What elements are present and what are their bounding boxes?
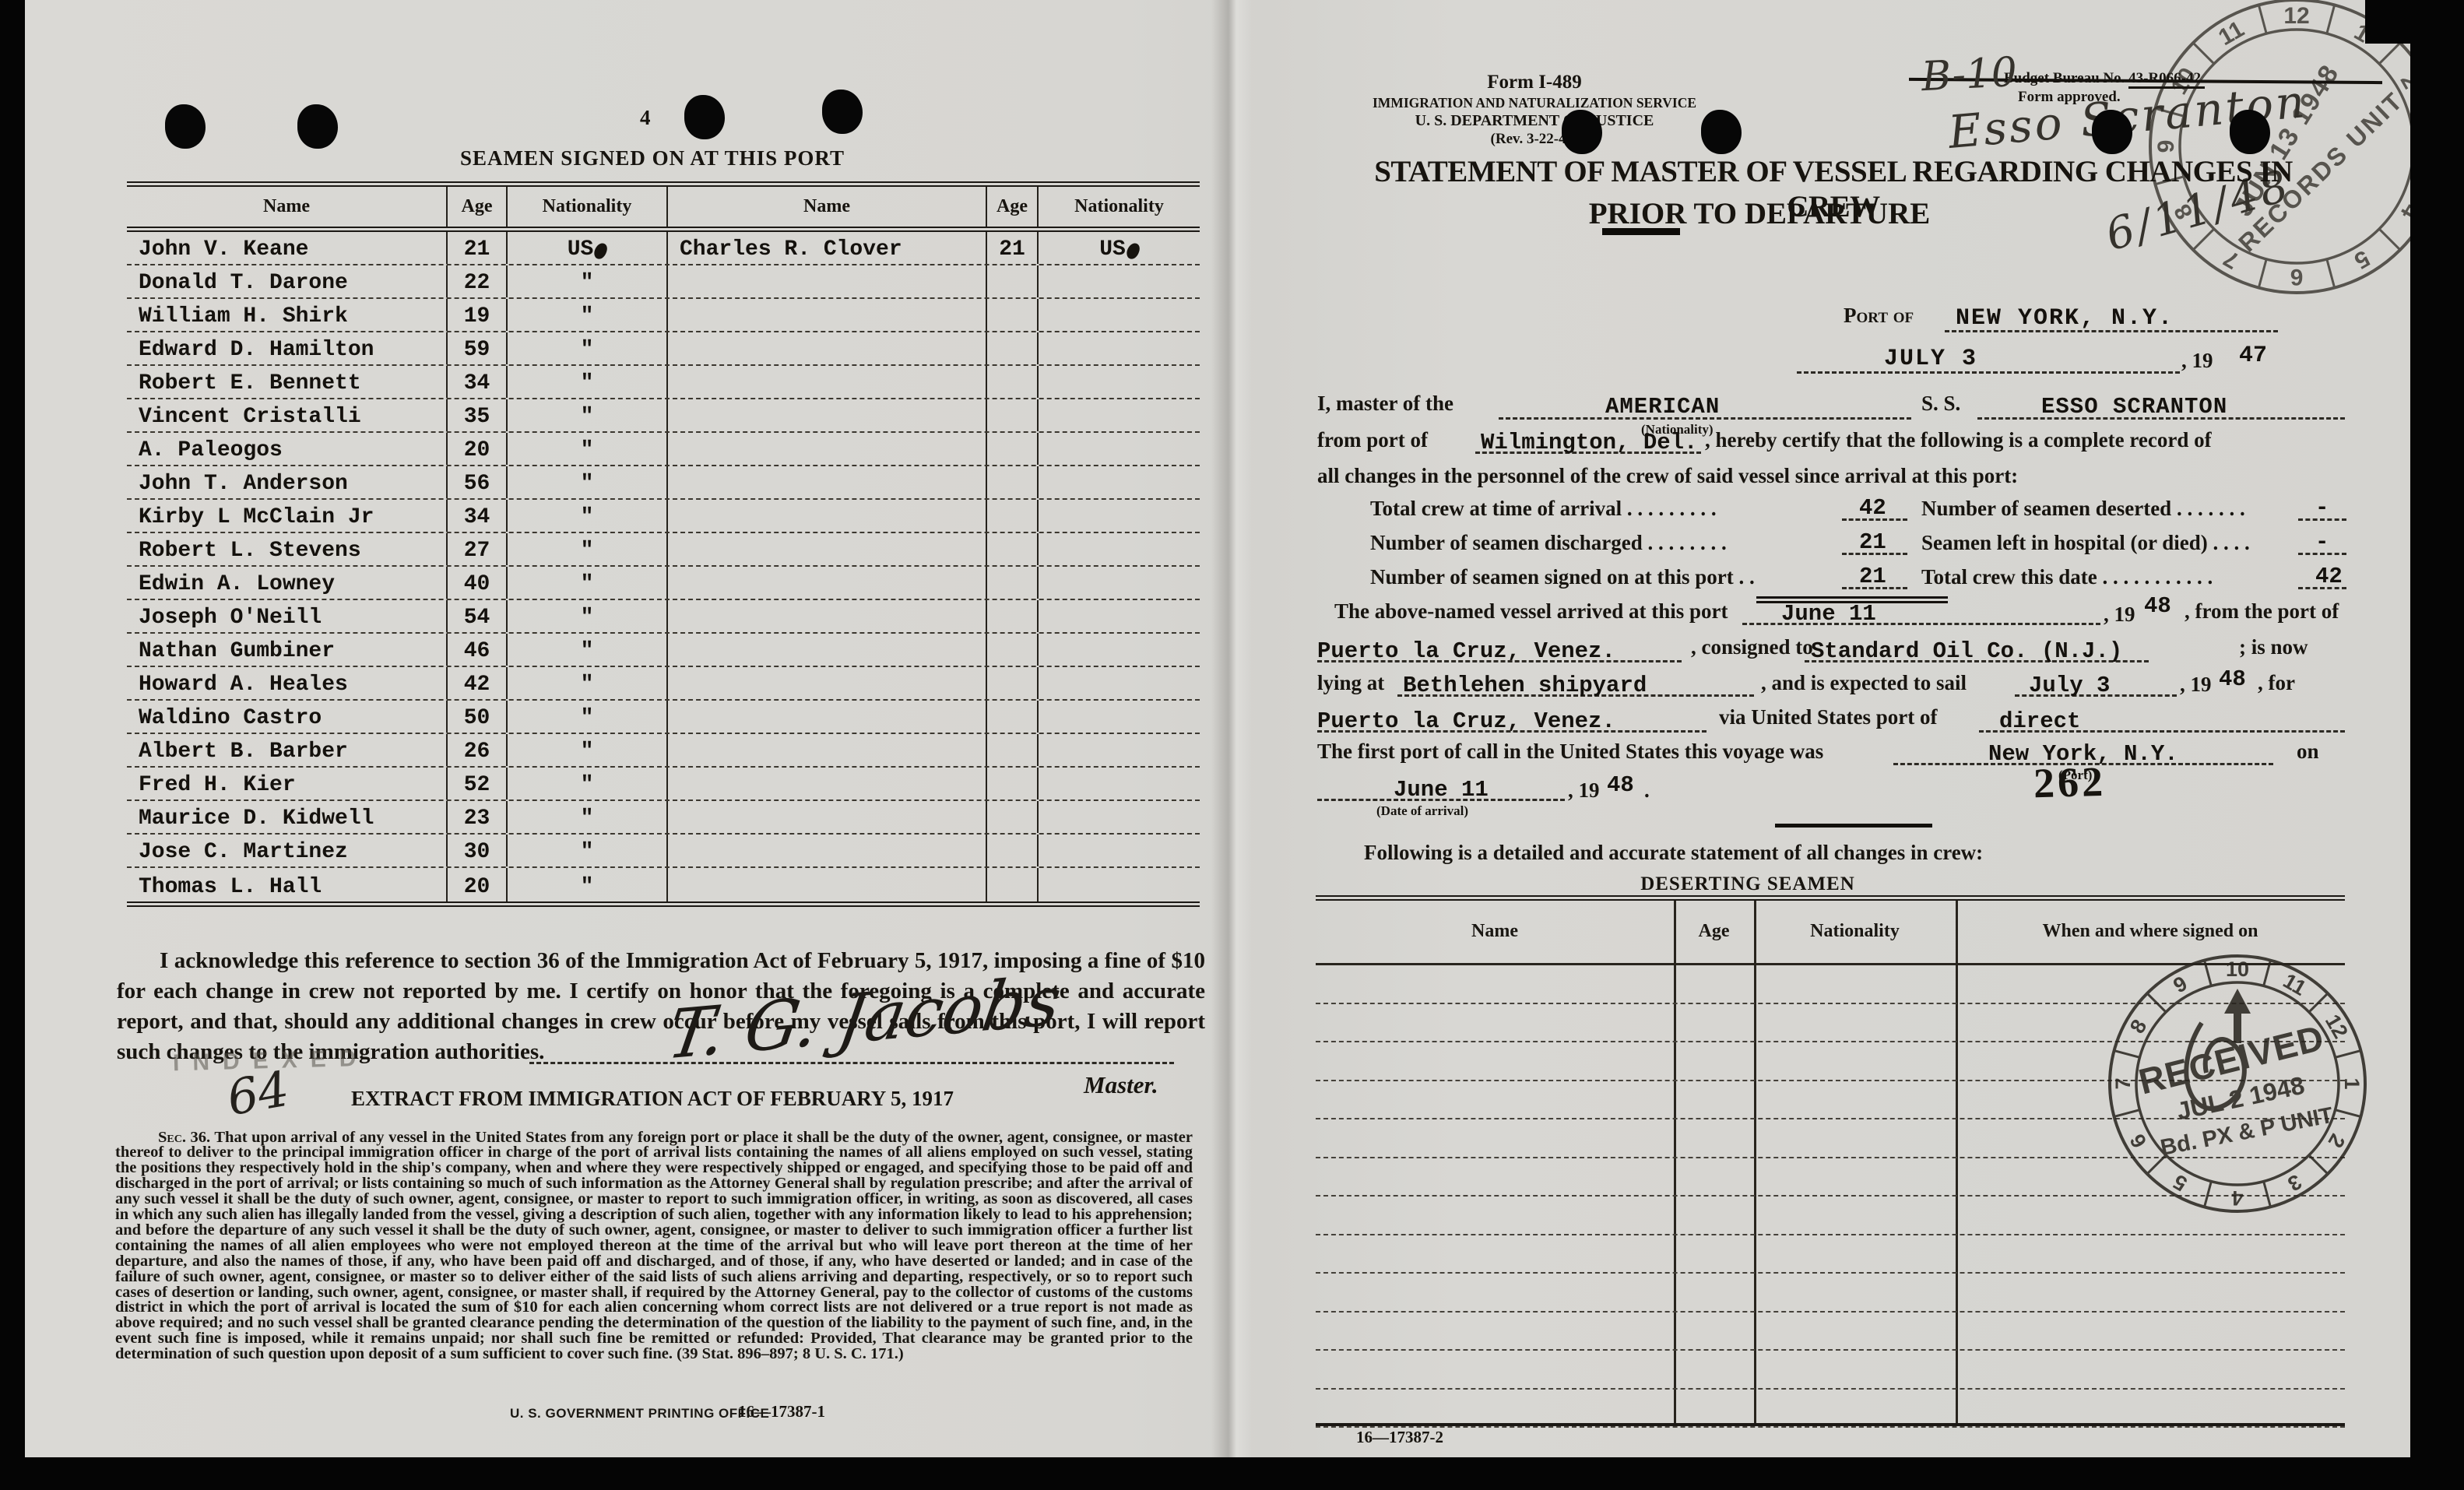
name-cell-text: Robert L. Stevens [139, 540, 361, 565]
arrival-year-value: 48 [2144, 593, 2171, 619]
stamp-dial-number: 5 [2169, 1170, 2191, 1196]
nationality-cell [1039, 701, 1200, 733]
col-header-nationality2: Nationality [1074, 196, 1164, 217]
seamen-row: Robert E. Bennett34" [127, 366, 1200, 399]
seamen-row: Thomas L. Hall20" [127, 868, 1200, 901]
port-of-label: Port of [1844, 304, 1914, 328]
seamen-row: Vincent Cristalli35" [127, 399, 1200, 433]
name-cell: A. Paleogos [127, 433, 448, 465]
age-cell: 35 [448, 399, 508, 431]
following-statement: Following is a detailed and accurate sta… [1364, 841, 1983, 865]
for-word: , for [2258, 671, 2295, 695]
deserting-col-name: Name [1316, 921, 1674, 942]
stat-value: 42 [2315, 564, 2343, 589]
name-cell-text: William H. Shirk [139, 306, 348, 331]
age-cell [987, 567, 1039, 599]
extract-title: EXTRACT FROM IMMIGRATION ACT OF FEBRUARY… [263, 1087, 1042, 1111]
seamen-row: Howard A. Heales42" [127, 667, 1200, 701]
seamen-table: Name Age Nationality Name Age Nationalit… [127, 181, 1200, 907]
name-cell: John V. Keane [127, 232, 448, 264]
scan-edge-left [0, 0, 25, 1490]
stamp-dial-number: 3 [2283, 1170, 2305, 1196]
punch-hole [1562, 110, 1602, 154]
port-value: NEW YORK, N.Y. [1956, 305, 2174, 332]
nationality-cell [1039, 567, 1200, 599]
age-cell-text: 52 [464, 775, 490, 799]
deserting-row [1316, 1235, 2345, 1274]
age-cell-text: 30 [464, 842, 490, 866]
age-cell-text: 20 [464, 440, 490, 465]
age-cell-text: 19 [464, 306, 490, 331]
age-cell [987, 801, 1039, 833]
seamen-row: Fred H. Kier52" [127, 768, 1200, 801]
col-header-age: Age [462, 196, 493, 217]
seamen-table-header: Name Age Nationality Name Age Nationalit… [127, 187, 1200, 232]
stat-label: Number of seamen signed on at this port … [1370, 565, 1755, 589]
nationality-cell: " [508, 567, 668, 599]
name-cell: Howard A. Heales [127, 667, 448, 699]
nationality-cell [1039, 801, 1200, 833]
nationality-cell-text: " [581, 641, 594, 666]
sail-date-value: July 3 [2029, 673, 2110, 698]
form-code-right: 16—17387-2 [1356, 1428, 1443, 1447]
gpo-imprint: U. S. GOVERNMENT PRINTING OFFICE [510, 1406, 769, 1421]
name-cell: Maurice D. Kidwell [127, 801, 448, 833]
stamp-tick [2258, 5, 2266, 33]
nationality-cell [1039, 667, 1200, 699]
deserting-col-nationality: Nationality [1754, 921, 1956, 942]
stamp-dial-number: 6 [2125, 1130, 2151, 1151]
extract-body: That upon arrival of any vessel in the U… [115, 1129, 1193, 1363]
age-cell [987, 701, 1039, 733]
name-cell: Jose C. Martinez [127, 835, 448, 866]
nationality-cell: " [508, 768, 668, 799]
nationality-cell: " [508, 299, 668, 331]
seamen-row: Robert L. Stevens27" [127, 533, 1200, 567]
scanned-document: 4 SEAMEN SIGNED ON AT THIS PORT Name Age… [0, 0, 2464, 1490]
age-cell: 26 [448, 734, 508, 766]
nationality-cell: " [508, 265, 668, 297]
nationality-cell-text: " [581, 440, 594, 465]
name-cell [668, 768, 987, 799]
stamp-dial-number: 9 [2169, 972, 2191, 997]
seamen-row: John V. Keane21USCharles R. Clover21US [127, 232, 1200, 265]
arrival-date2-value: June 11 [1394, 777, 1489, 803]
nationality-cell [1039, 299, 1200, 331]
seamen-row: Joseph O'Neill54" [127, 600, 1200, 634]
stamp-dial-number: 1 [2340, 1077, 2364, 1089]
name-cell [668, 801, 987, 833]
nationality-value: AMERICAN [1605, 394, 1720, 420]
nationality-cell [1039, 835, 1200, 866]
nationality-cell: " [508, 600, 668, 632]
name-cell: Fred H. Kier [127, 768, 448, 799]
age-cell: 30 [448, 835, 508, 866]
destination-blank [1317, 730, 1707, 733]
age-cell [987, 500, 1039, 532]
nationality-cell-text: " [581, 507, 594, 532]
name-cell: Edwin A. Lowney [127, 567, 448, 599]
age-cell-text: 22 [464, 272, 490, 297]
via-label: via United States port of [1719, 705, 1937, 729]
deserting-col-signed-on: When and where signed on [1956, 921, 2345, 942]
header-cell: Nationality [508, 187, 668, 227]
records-unit-stamp: 121234567891011 JUN 13 1948 RECORDS UNIT [2139, 0, 2454, 304]
age-cell: 22 [448, 265, 508, 297]
stamp-tick [2264, 961, 2271, 986]
header-cell: Age [448, 187, 508, 227]
stat-label: Number of seamen deserted . . . . . . . [1921, 497, 2245, 521]
punch-hole [684, 95, 725, 139]
age-cell [987, 366, 1039, 398]
form-title-line2: PRIOR TO DEPARTURE [1347, 196, 2172, 231]
age-cell-text: 54 [464, 607, 490, 632]
master-label: Master. [1084, 1071, 1158, 1099]
arrival-from-blank [1317, 660, 1682, 662]
stat-value: 21 [1859, 529, 1886, 555]
age-cell [987, 835, 1039, 866]
name-cell [668, 734, 987, 766]
nationality-cell: " [508, 366, 668, 398]
age-cell: 34 [448, 366, 508, 398]
nationality-cell [1039, 332, 1200, 364]
arrival-year-prefix: , 19 [2104, 603, 2135, 627]
name-cell [668, 533, 987, 565]
name-cell: Donald T. Darone [127, 265, 448, 297]
nationality-cell [1039, 500, 1200, 532]
deserting-col-age: Age [1674, 921, 1754, 942]
name-cell [668, 399, 987, 431]
name-cell-text: Thomas L. Hall [139, 877, 322, 901]
stamp-dial-number: 8 [2125, 1015, 2151, 1037]
stamp-tick [2114, 1110, 2140, 1117]
age-cell-text: 23 [464, 808, 490, 833]
age-cell [987, 768, 1039, 799]
stat-value: - [2315, 495, 2329, 521]
stat-value: 42 [1859, 495, 1886, 521]
name-cell [668, 701, 987, 733]
ink-blot [592, 241, 609, 261]
consigned-to-label: , consigned to [1691, 635, 1813, 659]
age-cell: 52 [448, 768, 508, 799]
age-cell: 46 [448, 634, 508, 666]
seamen-row: John T. Anderson56" [127, 466, 1200, 500]
nationality-cell: " [508, 835, 668, 866]
stamp-tick [2114, 1051, 2140, 1058]
nationality-cell: US [508, 232, 668, 264]
age-cell [987, 667, 1039, 699]
nationality-cell-text: " [581, 607, 594, 632]
form-number: Form I-489 [1365, 72, 1704, 93]
age-cell: 34 [448, 500, 508, 532]
punch-hole [297, 104, 338, 149]
is-now-text: ; is now [2239, 635, 2308, 659]
col-header-name: Name [263, 196, 310, 217]
nationality-cell [1039, 433, 1200, 465]
deserting-seamen-title: DESERTING SEAMEN [1623, 873, 1872, 895]
agency-line-2: U. S. DEPARTMENT OF JUSTICE [1365, 112, 1704, 130]
punch-hole [1701, 110, 1742, 154]
age-cell [987, 600, 1039, 632]
name-cell: Vincent Cristalli [127, 399, 448, 431]
stamp-dial-number: 2 [2324, 1130, 2350, 1151]
page-number: 4 [640, 106, 651, 130]
age-cell: 21 [987, 232, 1039, 264]
nationality-cell [1039, 600, 1200, 632]
shipyard-value: Bethlehen shipyard [1403, 673, 1647, 698]
handwritten-b10: B-10 [1921, 49, 2019, 100]
deserting-row [1316, 1390, 2345, 1429]
punch-hole [165, 104, 206, 149]
name-cell: John T. Anderson [127, 466, 448, 498]
name-cell: Joseph O'Neill [127, 600, 448, 632]
seamen-row: Kirby L McClain Jr34" [127, 500, 1200, 533]
expected-to-sail-label: , and is expected to sail [1761, 671, 1967, 695]
seamen-row: Nathan Gumbiner46" [127, 634, 1200, 667]
name-cell: Thomas L. Hall [127, 868, 448, 901]
age-cell-text: 26 [464, 741, 490, 766]
seamen-row: Albert B. Barber26" [127, 734, 1200, 768]
header-cell: Nationality [1039, 187, 1200, 227]
name-cell-text: Donald T. Darone [139, 272, 348, 297]
name-cell-text: John T. Anderson [139, 473, 348, 498]
nationality-cell: " [508, 399, 668, 431]
scan-edge-right [2410, 0, 2464, 1490]
age-cell-text: 34 [464, 507, 490, 532]
age-cell-text: 34 [464, 373, 490, 398]
age-cell: 23 [448, 801, 508, 833]
age-cell-text: 35 [464, 406, 490, 431]
name-cell [668, 634, 987, 666]
age-cell-text: 42 [464, 674, 490, 699]
nationality-cell: US [1039, 232, 1200, 264]
nationality-cell-text: " [581, 339, 594, 364]
nationality-cell: " [508, 734, 668, 766]
name-cell [668, 433, 987, 465]
stamp-dial-number: 9 [2153, 140, 2179, 153]
name-cell-text: Maurice D. Kidwell [139, 808, 374, 833]
age-cell [987, 868, 1039, 901]
stamp-tick [2336, 1110, 2361, 1117]
age-cell: 40 [448, 567, 508, 599]
ink-mark-bar [1602, 228, 1680, 235]
seamen-row: Maurice D. Kidwell23" [127, 801, 1200, 835]
seamen-row: Donald T. Darone22" [127, 265, 1200, 299]
nationality-cell: " [508, 500, 668, 532]
age-cell-text: 20 [464, 877, 490, 901]
deserting-row [1316, 1313, 2345, 1351]
via-value: direct [1999, 708, 2080, 734]
arrival-date-value: June 11 [1781, 601, 1876, 627]
stat-label: Number of seamen discharged . . . . . . … [1370, 531, 1727, 555]
age-cell: 56 [448, 466, 508, 498]
nationality-cell: " [508, 667, 668, 699]
seamen-row: A. Paleogos20" [127, 433, 1200, 466]
date-blank [1797, 371, 2180, 374]
name-cell-text: John V. Keane [139, 239, 308, 264]
age-cell [987, 466, 1039, 498]
name-cell [668, 868, 987, 901]
age-cell: 59 [448, 332, 508, 364]
nationality-cell: " [508, 433, 668, 465]
page-fold-shadow [1211, 0, 1252, 1457]
nationality-cell-text: " [581, 877, 594, 901]
nationality-cell [1039, 634, 1200, 666]
name-cell-text: Vincent Cristalli [139, 406, 361, 431]
form-code-left: 16—17387-1 [738, 1402, 825, 1421]
name-cell-text: Howard A. Heales [139, 674, 348, 699]
fp-year-value: 48 [1607, 772, 1634, 798]
name-cell: Kirby L McClain Jr [127, 500, 448, 532]
vessel-value: ESSO SCRANTON [2041, 394, 2227, 420]
stamp-tick [2309, 993, 2328, 1012]
seamen-table-body: John V. Keane21USCharles R. Clover21USDo… [127, 232, 1200, 901]
nationality-cell-text: " [581, 674, 594, 699]
age-cell [987, 332, 1039, 364]
nationality-cell [1039, 265, 1200, 297]
name-cell [668, 366, 987, 398]
stamp-tick [2327, 5, 2335, 33]
age-cell-text: 59 [464, 339, 490, 364]
deserting-row [1316, 1351, 2345, 1390]
age-cell [987, 533, 1039, 565]
nationality-cell: " [508, 868, 668, 901]
name-cell-text: A. Paleogos [139, 440, 283, 465]
name-cell-text: Kirby L McClain Jr [139, 507, 374, 532]
form-id-block: Form I-489 IMMIGRATION AND NATURALIZATIO… [1365, 72, 1704, 148]
stamp-dial-number: 11 [2279, 969, 2311, 1000]
extract-paragraph: Sec. 36. That upon arrival of any vessel… [115, 1130, 1193, 1363]
seamen-row: Edward D. Hamilton59" [127, 332, 1200, 366]
age-cell: 21 [448, 232, 508, 264]
section-divider-line [1775, 824, 1932, 828]
nationality-cell: " [508, 332, 668, 364]
name-cell-text: Albert B. Barber [139, 741, 348, 766]
stat-label: Total crew this date . . . . . . . . . .… [1921, 565, 2213, 589]
nationality-cell [1039, 868, 1200, 901]
sail-year-prefix: , 19 [2180, 673, 2212, 697]
stamp-tick [2379, 43, 2400, 64]
name-cell [668, 567, 987, 599]
revision-note: (Rev. 3-22-45) [1365, 131, 1704, 148]
stamp-dial-number: 12 [2321, 1010, 2353, 1042]
nationality-cell-text: US [1099, 239, 1126, 264]
sail-year-value: 48 [2219, 666, 2246, 692]
nationality-cell-text: " [581, 473, 594, 498]
age-cell [987, 734, 1039, 766]
age-cell [987, 265, 1039, 297]
lying-at-label: lying at [1317, 671, 1384, 695]
age-cell: 50 [448, 701, 508, 733]
first-port-prefix: The first port of call in the United Sta… [1317, 740, 1823, 764]
name-cell: Robert L. Stevens [127, 533, 448, 565]
nationality-cell-text: " [581, 306, 594, 331]
deserting-row [1316, 1274, 2345, 1313]
from-port-prefix: from port of [1317, 428, 1428, 452]
section-label: Sec. 36. [158, 1129, 210, 1146]
nationality-cell: " [508, 634, 668, 666]
name-cell-text: Nathan Gumbiner [139, 641, 335, 666]
nationality-cell-text: " [581, 741, 594, 766]
name-cell [668, 299, 987, 331]
stat-label: Total crew at time of arrival . . . . . … [1370, 497, 1717, 521]
col-header-name2: Name [803, 196, 850, 217]
stat-label: Seamen left in hospital (or died) . . . … [1921, 531, 2250, 555]
name-cell-text: Waldino Castro [139, 708, 322, 733]
nationality-cell-text: " [581, 406, 594, 431]
age-cell [987, 299, 1039, 331]
stamp-tick [2309, 1155, 2328, 1174]
on-word: on [2297, 740, 2319, 764]
nationality-cell: " [508, 466, 668, 498]
seamen-row: Waldino Castro50" [127, 701, 1200, 734]
seamen-row: Edwin A. Lowney40" [127, 567, 1200, 600]
name-cell-text: Edwin A. Lowney [139, 574, 335, 599]
age-cell-text: 40 [464, 574, 490, 599]
punch-hole [822, 90, 863, 134]
age-cell-text: 56 [464, 473, 490, 498]
punch-hole [2092, 110, 2132, 154]
stat-value: - [2315, 529, 2329, 555]
age-cell: 42 [448, 667, 508, 699]
name-cell: Robert E. Bennett [127, 366, 448, 398]
header-cell: Name [127, 187, 448, 227]
age-cell: 54 [448, 600, 508, 632]
name-cell: Albert B. Barber [127, 734, 448, 766]
year-value: 47 [2239, 343, 2267, 369]
name-cell [668, 332, 987, 364]
from-port-value: Wilmington, Del. [1481, 430, 1697, 455]
stamp-tick [2379, 229, 2400, 250]
stamp-tick [2258, 259, 2266, 288]
header-cell: Age [987, 187, 1039, 227]
punch-hole [2230, 110, 2270, 154]
nationality-cell-text: " [581, 373, 594, 398]
nationality-cell-text: " [581, 574, 594, 599]
name-cell [668, 265, 987, 297]
stamp-tick [2205, 961, 2212, 986]
date-value: JULY 3 [1884, 346, 1977, 372]
age-cell: 19 [448, 299, 508, 331]
name-cell-text: Fred H. Kier [139, 775, 296, 799]
arrived-prefix: The above-named vessel arrived at this p… [1334, 599, 1728, 624]
name-cell-text: Joseph O'Neill [139, 607, 322, 632]
age-cell-text: 50 [464, 708, 490, 733]
nationality-cell-text: " [581, 808, 594, 833]
stamp-tick [2147, 993, 2166, 1012]
signature-line [529, 1062, 1174, 1064]
period-mark: . [1644, 778, 1650, 803]
nationality-cell [1039, 466, 1200, 498]
nationality-cell-text: " [581, 272, 594, 297]
age-cell [987, 634, 1039, 666]
stamp-arrow-head [2224, 989, 2251, 1014]
stamp-dial-number: 10 [2226, 958, 2249, 981]
fp-year-prefix: , 19 [1568, 778, 1600, 803]
year-prefix: , 19 [2181, 349, 2213, 373]
seamen-row: Jose C. Martinez30" [127, 835, 1200, 868]
name-cell-text: Jose C. Martinez [139, 842, 348, 866]
name-cell [668, 600, 987, 632]
master-of-prefix: I, master of the [1317, 392, 1453, 416]
col-header-nationality: Nationality [543, 196, 632, 217]
name-cell: William H. Shirk [127, 299, 448, 331]
all-changes-text: all changes in the personnel of the crew… [1317, 464, 2018, 488]
age-cell: 20 [448, 868, 508, 901]
stamp-dial-number: 4 [2231, 1186, 2243, 1210]
name-cell [668, 667, 987, 699]
seamen-title: SEAMEN SIGNED ON AT THIS PORT [376, 146, 929, 170]
